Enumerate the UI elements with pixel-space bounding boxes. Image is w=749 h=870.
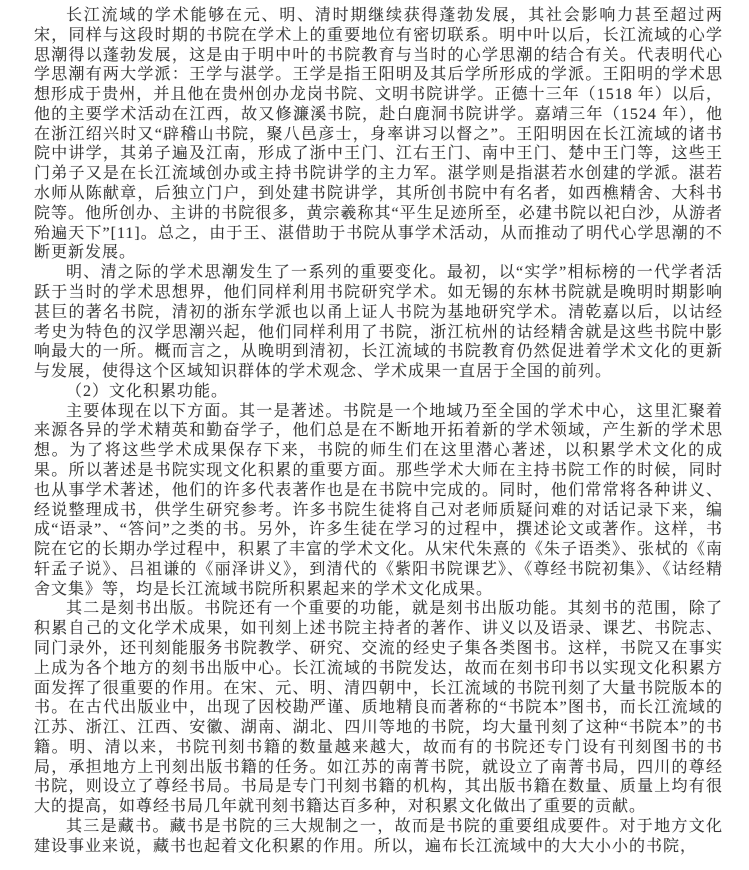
document-page: 长江流域的学术能够在元、明、清时期继续获得蓬勃发展，其社会影响力甚至超过两宋，同… — [0, 0, 749, 870]
paragraph: 其三是藏书。藏书是书院的三大规制之一，故而是书院的重要组成要件。对于地方文化建设… — [34, 817, 723, 857]
paragraph: 主要体现在以下方面。其一是著述。书院是一个地域乃至全国的学术中心，这里汇聚着来源… — [34, 402, 723, 600]
paragraph: 其二是刻书出版。书院还有一个重要的功能，就是刻书出版功能。其刻书的范围，除了积累… — [34, 599, 723, 817]
paragraph: 长江流域的学术能够在元、明、清时期继续获得蓬勃发展，其社会影响力甚至超过两宋，同… — [34, 6, 723, 263]
paragraph: 明、清之际的学术思潮发生了一系列的重要变化。最初，以“实学”相标榜的一代学者活跃… — [34, 263, 723, 382]
paragraph: （2）文化积累功能。 — [34, 382, 723, 402]
